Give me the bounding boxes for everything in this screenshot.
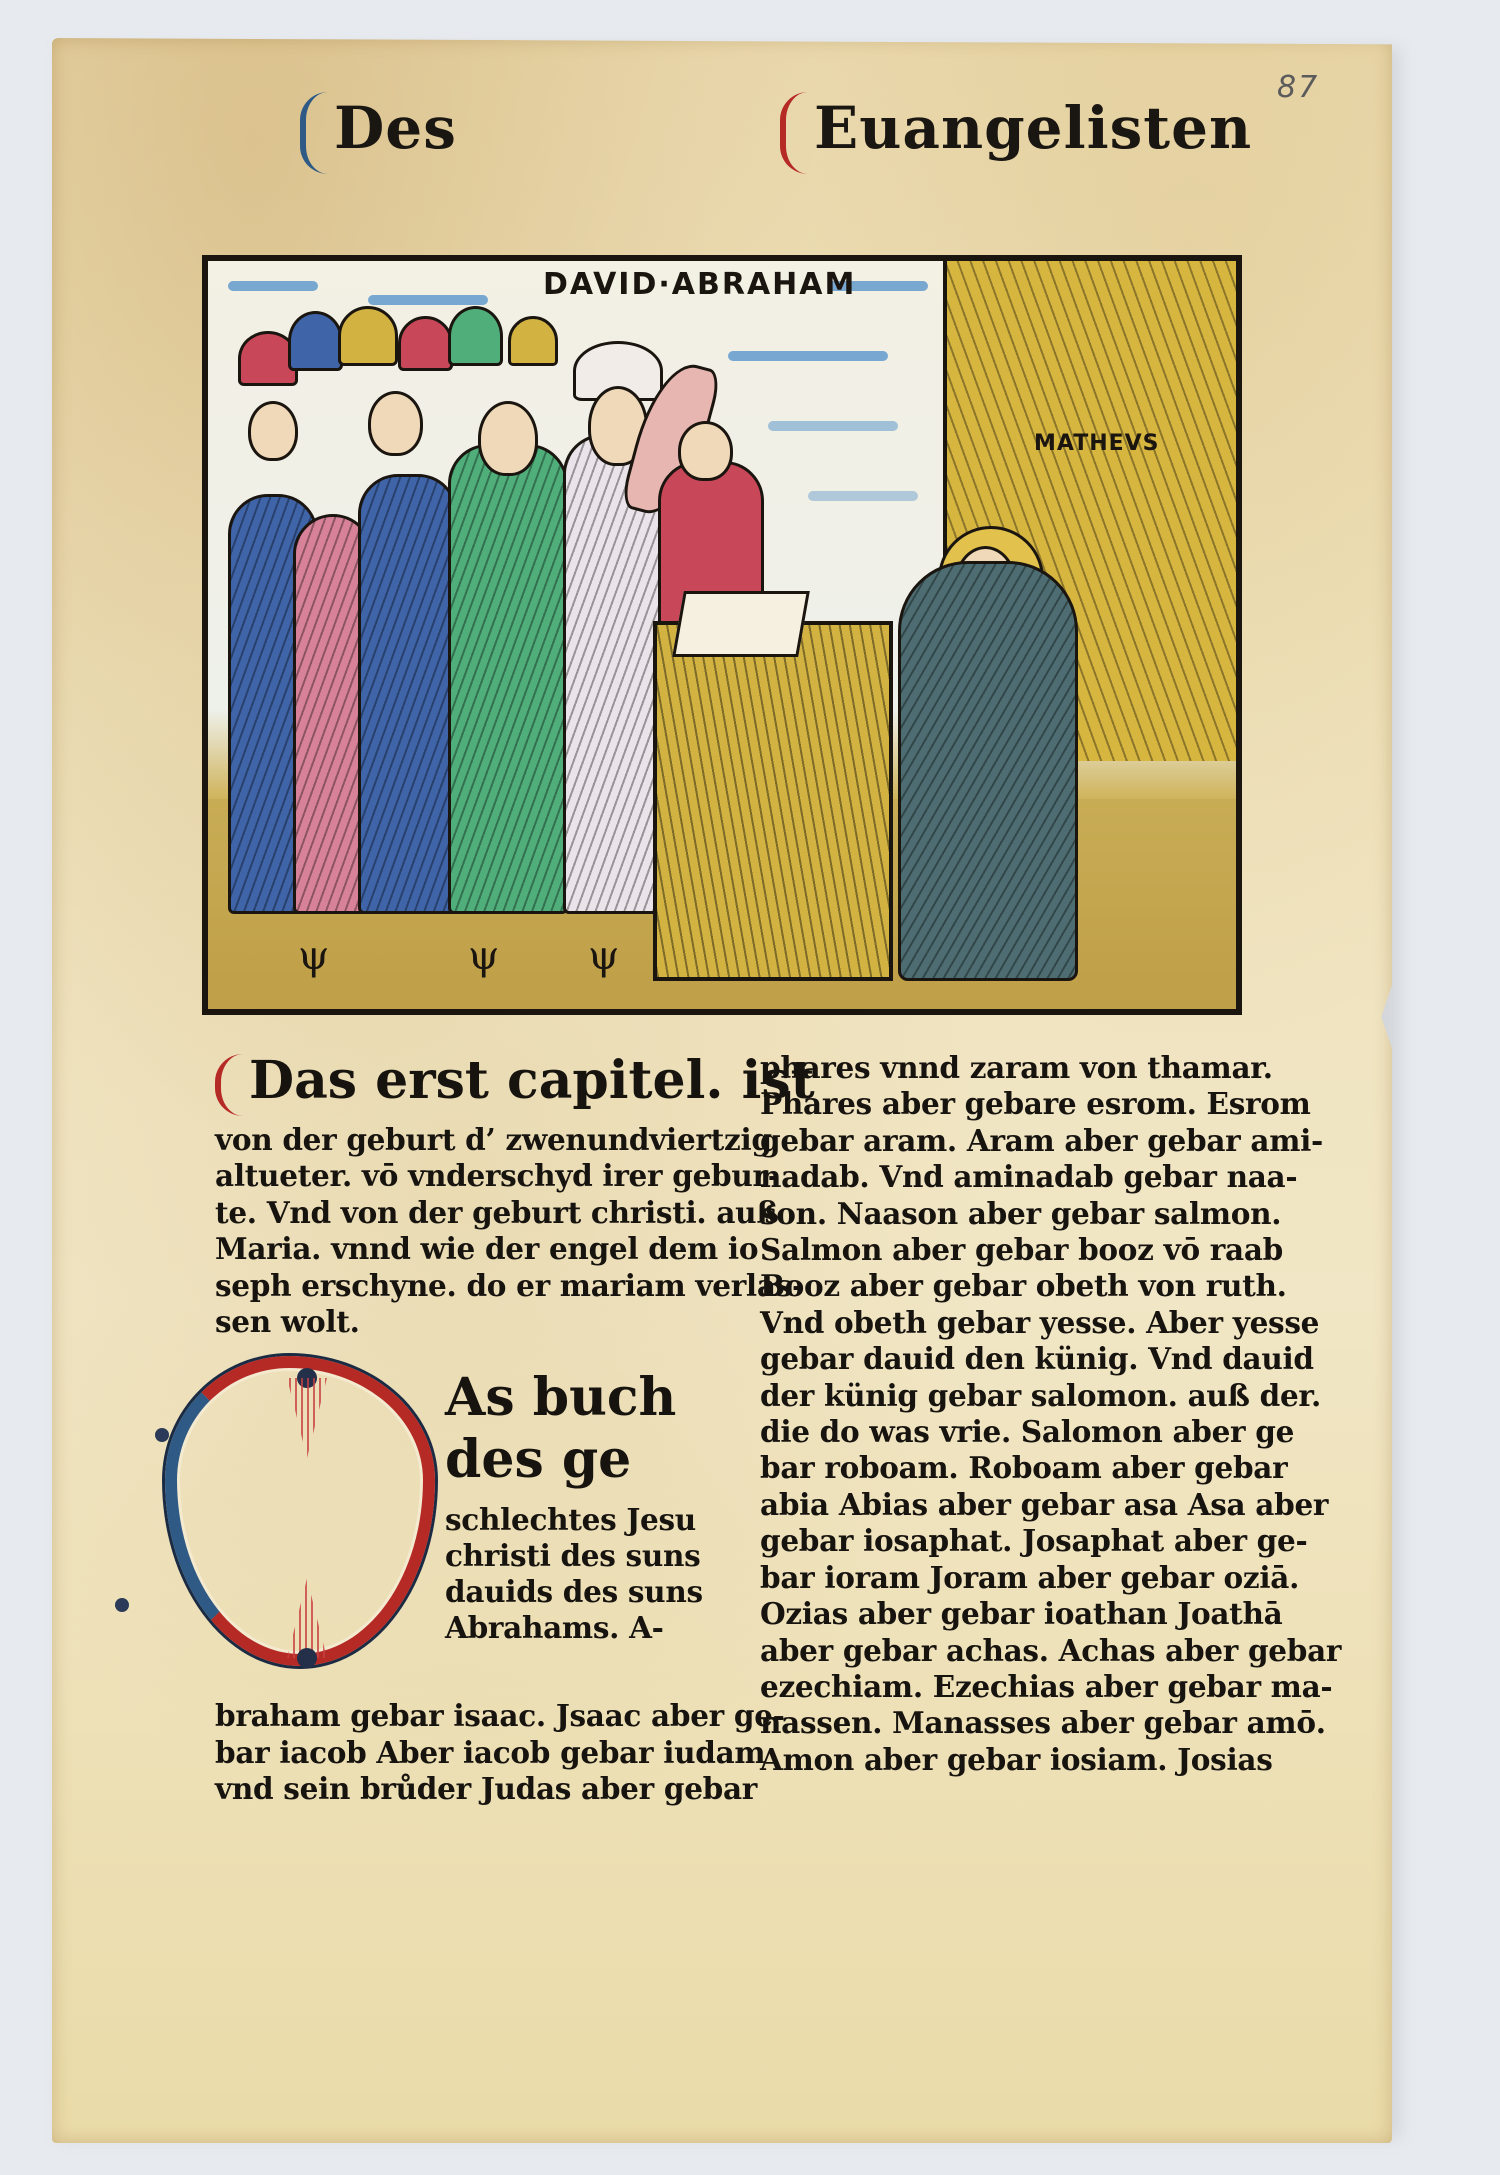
woodcut-caption: DAVID·ABRAHAM xyxy=(543,267,856,302)
text-line: bar iacob Aber iacob gebar iudam xyxy=(215,1735,715,1771)
grass-tuft: ψ xyxy=(468,933,499,979)
text-line: abia Abias aber gebar asa Asa aber xyxy=(760,1487,1260,1523)
text-line: nadab. Vnd aminadab gebar naa- xyxy=(760,1159,1260,1195)
text-line: dauids des suns xyxy=(445,1574,703,1610)
right-column: phares vnnd zaram von thamar. Phares abe… xyxy=(760,1050,1260,1778)
text-line: vnd sein brůder Judas aber gebar xyxy=(215,1771,715,1807)
sky-streak xyxy=(768,421,898,431)
text-line: Vnd obeth gebar yesse. Aber yesse xyxy=(760,1305,1260,1341)
text-line: von der geburt d’ zwenundviertzig xyxy=(215,1122,715,1158)
chapter-summary: von der geburt d’ zwenundviertzig altuet… xyxy=(215,1122,715,1340)
left-column: Das erst capitel. ist von der geburt d’ … xyxy=(215,1050,715,1808)
pilcrow-icon xyxy=(300,92,328,174)
initial-ornament-dot xyxy=(297,1648,317,1668)
text-line: Amon aber gebar iosiam. Josias xyxy=(760,1742,1260,1778)
running-head-right-text: Euangelisten xyxy=(814,94,1252,162)
text-line: bar ioram Joram aber gebar oziā. xyxy=(760,1560,1260,1596)
sky-streak xyxy=(228,281,318,291)
text-line: braham gebar isaac. Jsaac aber ge- xyxy=(215,1698,715,1734)
text-line: christi des suns xyxy=(445,1538,700,1574)
open-book xyxy=(672,591,810,657)
hat xyxy=(398,316,453,371)
hat xyxy=(508,316,558,366)
woodcut-illustration: DAVID·ABRAHAM MATHEVS ψ ψ ψ xyxy=(202,255,1242,1015)
text-line: schlechtes Jesu xyxy=(445,1502,696,1538)
sky-streak xyxy=(368,295,488,305)
saint-matthew xyxy=(898,561,1078,981)
text-line: seph erschyne. do er mariam verlas- xyxy=(215,1268,715,1304)
text-line: gebar iosaphat. Josaphat aber ge- xyxy=(760,1523,1260,1559)
pilcrow-icon xyxy=(780,92,808,174)
text-line: gebar dauid den künig. Vnd dauid xyxy=(760,1341,1260,1377)
running-head-left: Des xyxy=(300,92,457,174)
grass-tuft: ψ xyxy=(298,933,329,979)
chapter-heading-text: Das erst capitel. ist xyxy=(249,1050,815,1111)
running-head-right: Euangelisten xyxy=(780,92,1252,174)
text-line: te. Vnd von der geburt christi. auß xyxy=(215,1195,715,1231)
text-line: gebar aram. Aram aber gebar ami- xyxy=(760,1123,1260,1159)
initial-text-line: As buch xyxy=(445,1368,676,1428)
sky-streak xyxy=(728,351,888,361)
text-line: Phares aber gebare esrom. Esrom xyxy=(760,1086,1260,1122)
saint-label: MATHEVS xyxy=(1034,431,1160,456)
text-line: Ozias aber gebar ioathan Joathā xyxy=(760,1596,1260,1632)
text-line: bar roboam. Roboam aber gebar xyxy=(760,1450,1260,1486)
figure xyxy=(358,474,458,914)
text-line: altueter. vō vnderschyd irer gebur- xyxy=(215,1158,715,1194)
pilcrow-icon xyxy=(215,1054,243,1116)
grass-tuft: ψ xyxy=(588,933,619,979)
text-line: Salmon aber gebar booz vō raab xyxy=(760,1232,1260,1268)
text-line: sen wolt. xyxy=(215,1304,715,1340)
hat xyxy=(448,306,503,366)
text-line: aber gebar achas. Achas aber gebar xyxy=(760,1633,1260,1669)
text-line: ezechiam. Ezechias aber gebar ma- xyxy=(760,1669,1260,1705)
chapter-heading: Das erst capitel. ist xyxy=(215,1050,715,1120)
running-head-left-text: Des xyxy=(334,94,457,162)
text-line: die do was vrie. Salomon aber ge xyxy=(760,1414,1260,1450)
lectern xyxy=(653,621,893,981)
text-line: der künig gebar salomon. auß der. xyxy=(760,1378,1260,1414)
text-line: Booz aber gebar obeth von ruth. xyxy=(760,1268,1260,1304)
sky-streak xyxy=(808,491,918,501)
chapter-body: braham gebar isaac. Jsaac aber ge- bar i… xyxy=(215,1698,715,1807)
hat xyxy=(338,306,398,366)
head xyxy=(478,401,538,476)
folio-number: 87 xyxy=(1277,70,1319,105)
text-line: Maria. vnnd wie der engel dem io xyxy=(215,1231,715,1267)
angel-head xyxy=(678,421,733,481)
hat xyxy=(288,311,343,371)
head xyxy=(248,401,298,461)
head xyxy=(368,391,423,456)
initial-text-line: des ge xyxy=(445,1430,631,1490)
text-line: phares vnnd zaram von thamar. xyxy=(760,1050,1260,1086)
text-line: son. Naason aber gebar salmon. xyxy=(760,1196,1260,1232)
illuminated-initial-block: As buch des ge schlechtes Jesu christi d… xyxy=(215,1368,715,1698)
figure-david xyxy=(448,444,568,914)
text-line: Abrahams. A- xyxy=(445,1610,664,1646)
text-line: nassen. Manasses aber gebar amō. xyxy=(760,1705,1260,1741)
